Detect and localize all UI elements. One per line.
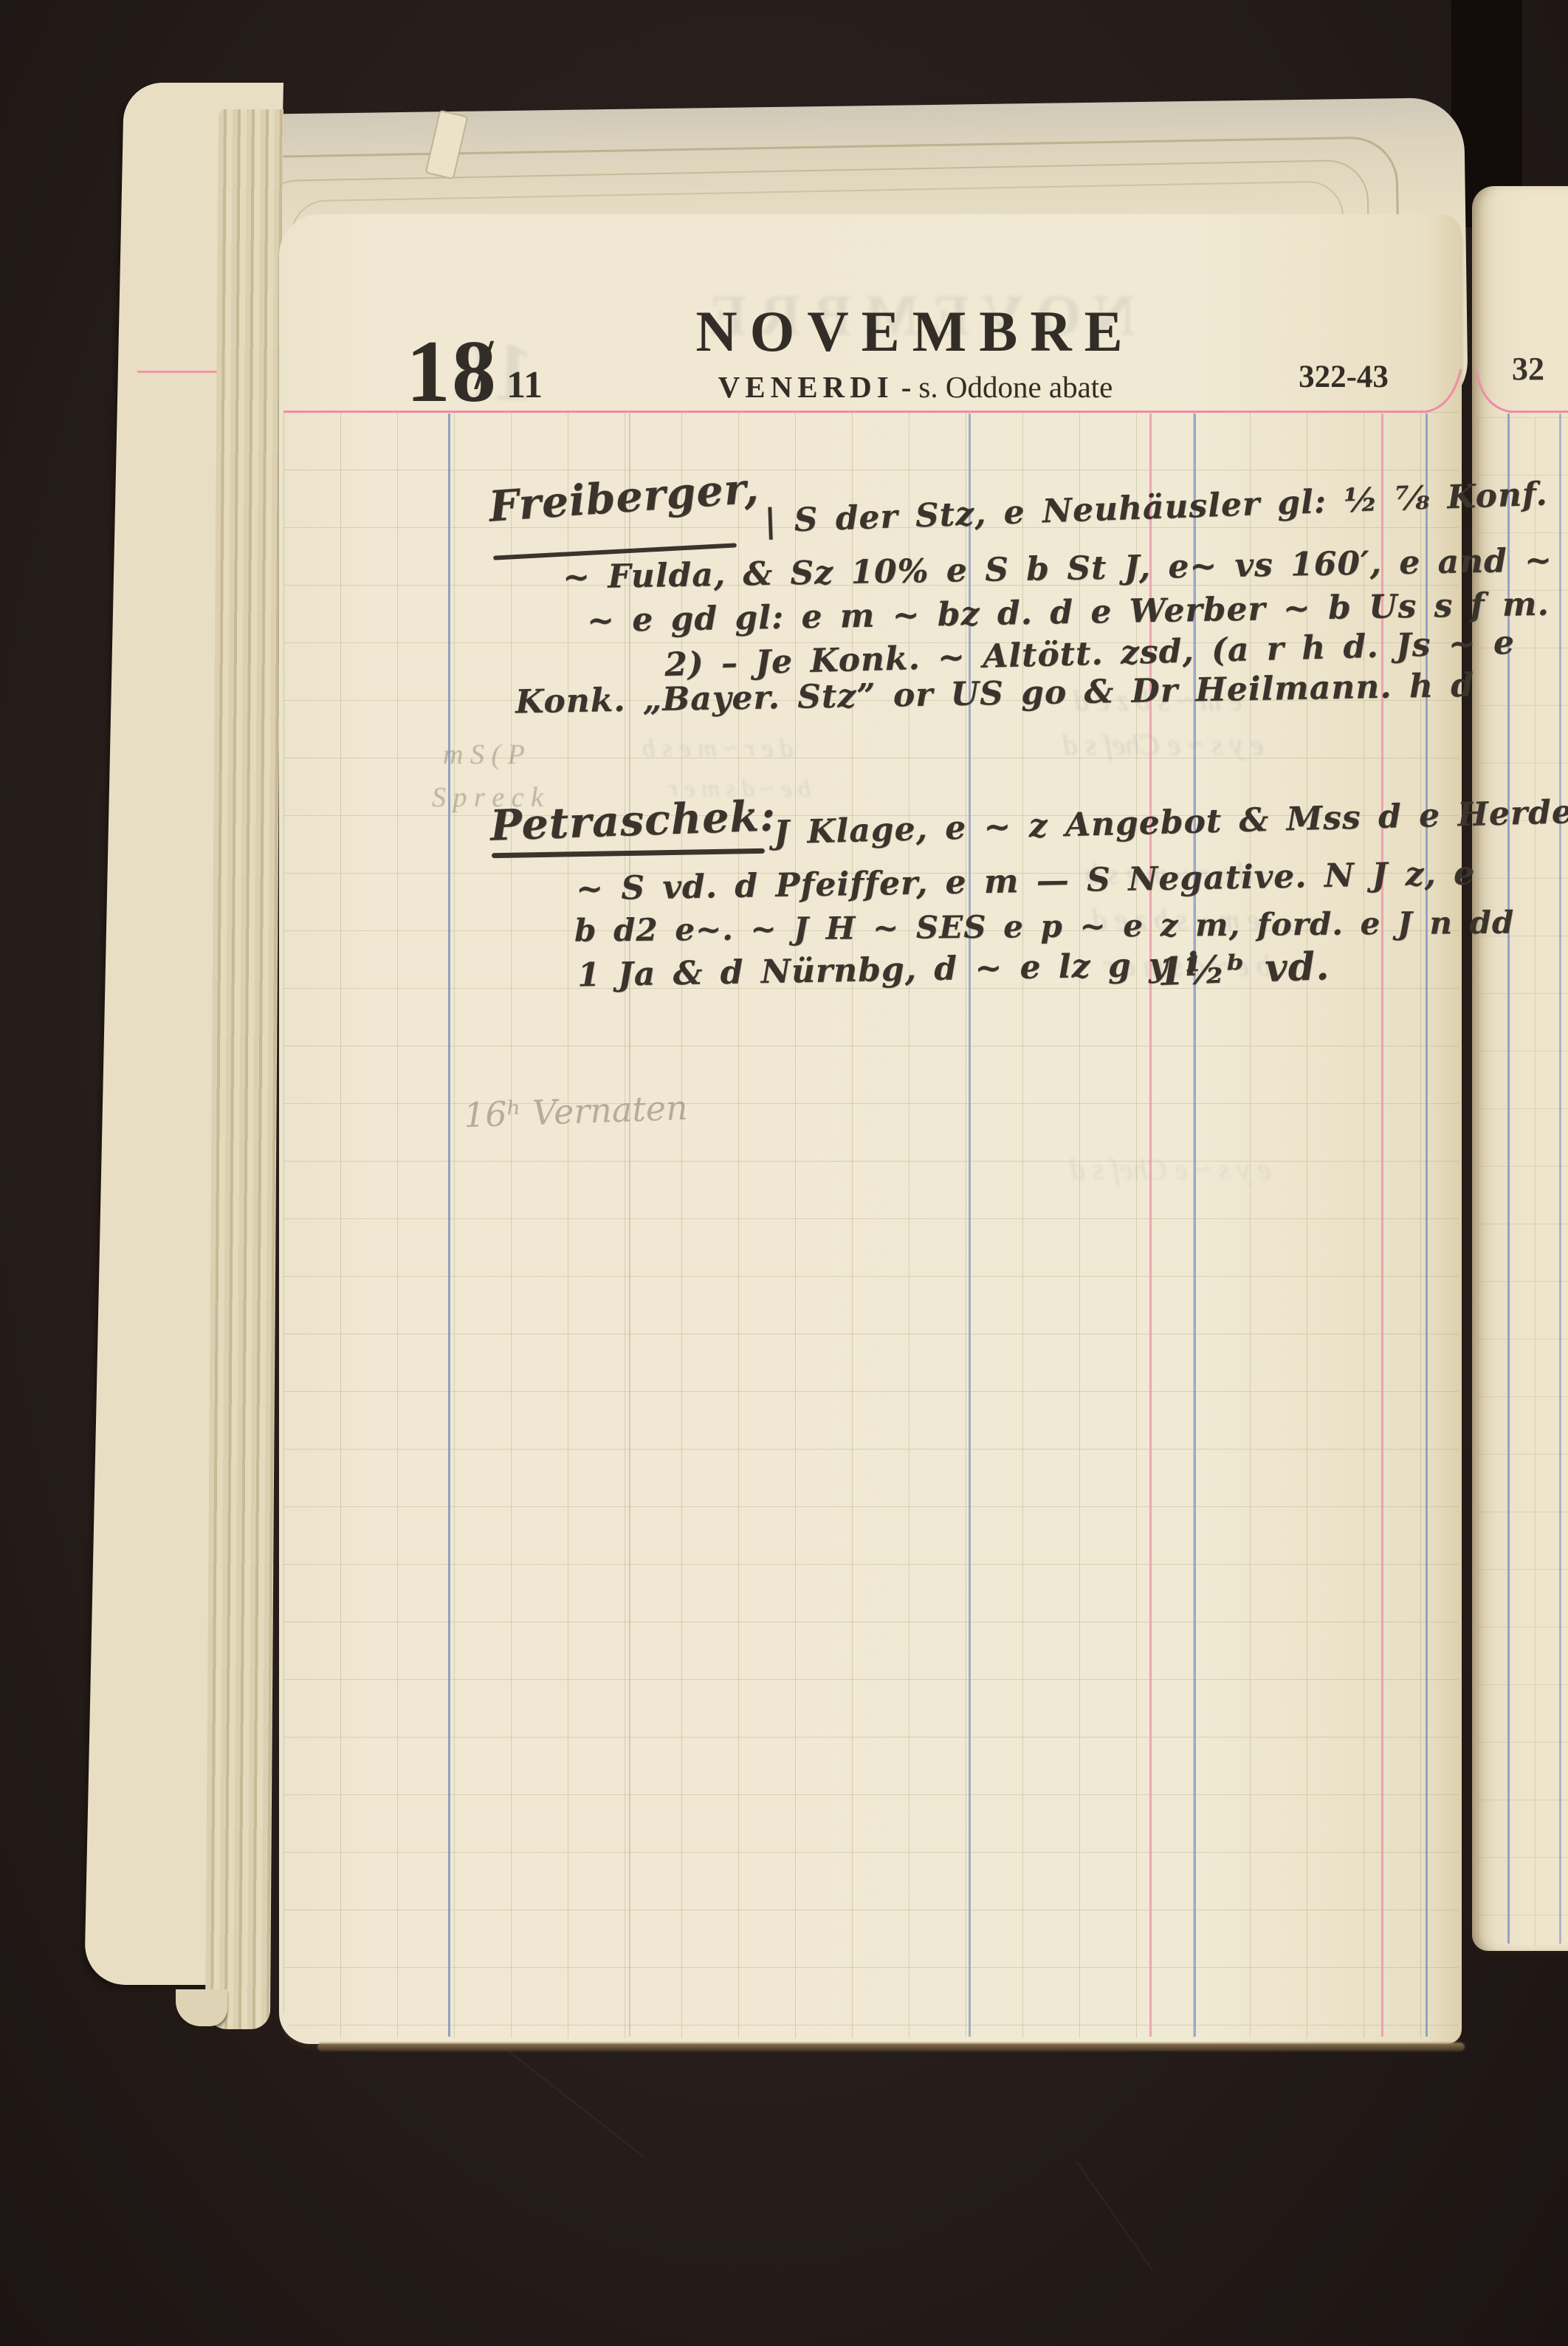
backdrop-scratch <box>492 2038 644 2158</box>
fore-edge-stack <box>205 109 283 2029</box>
next-page-pink-curve <box>1475 369 1513 415</box>
next-page-blue-rule <box>1559 414 1561 1944</box>
weekday-row: VENERDI-s. Oddone abate <box>664 369 1166 405</box>
page-code: 322-43 <box>1292 359 1395 395</box>
faint-pencil-mark: m S ( P <box>443 738 525 771</box>
entry2-line-amount: 1½ᵇ vd. <box>1157 944 1330 995</box>
page-corner-curl <box>176 1989 227 2026</box>
diary-photo: 32 NOVEMBRE 18 18 / 11 NOVEMBRE VENERDI-… <box>0 0 1568 2346</box>
bottom-page-edge-shadow <box>317 2043 1465 2051</box>
margin-blue-rule <box>448 414 450 2037</box>
header-pink-rule-curve <box>1423 368 1463 414</box>
month-number: 11 <box>506 363 543 407</box>
entry2-name: Petraschek: <box>489 791 777 850</box>
show-through-line: d e r ~ m e s b <box>642 733 793 764</box>
next-page-code: 32 <box>1512 350 1544 388</box>
show-through-line: e y s ~ e Chef s d <box>1070 1152 1271 1187</box>
month-name: NOVEMBRE <box>679 298 1152 365</box>
next-page-pink-rule <box>1510 411 1568 413</box>
light-column-rule <box>629 414 630 2037</box>
show-through-line: e y s ~ e Chef s d <box>1063 727 1264 762</box>
date-separator: / <box>474 323 494 406</box>
backdrop-scratch <box>1076 2161 1154 2271</box>
pencil-note: 16ʰ Vernaten <box>463 1088 688 1136</box>
weekday-name: VENERDI <box>718 370 894 404</box>
weekday-separator: - <box>894 370 919 404</box>
saint-of-day: s. Oddone abate <box>918 370 1113 404</box>
